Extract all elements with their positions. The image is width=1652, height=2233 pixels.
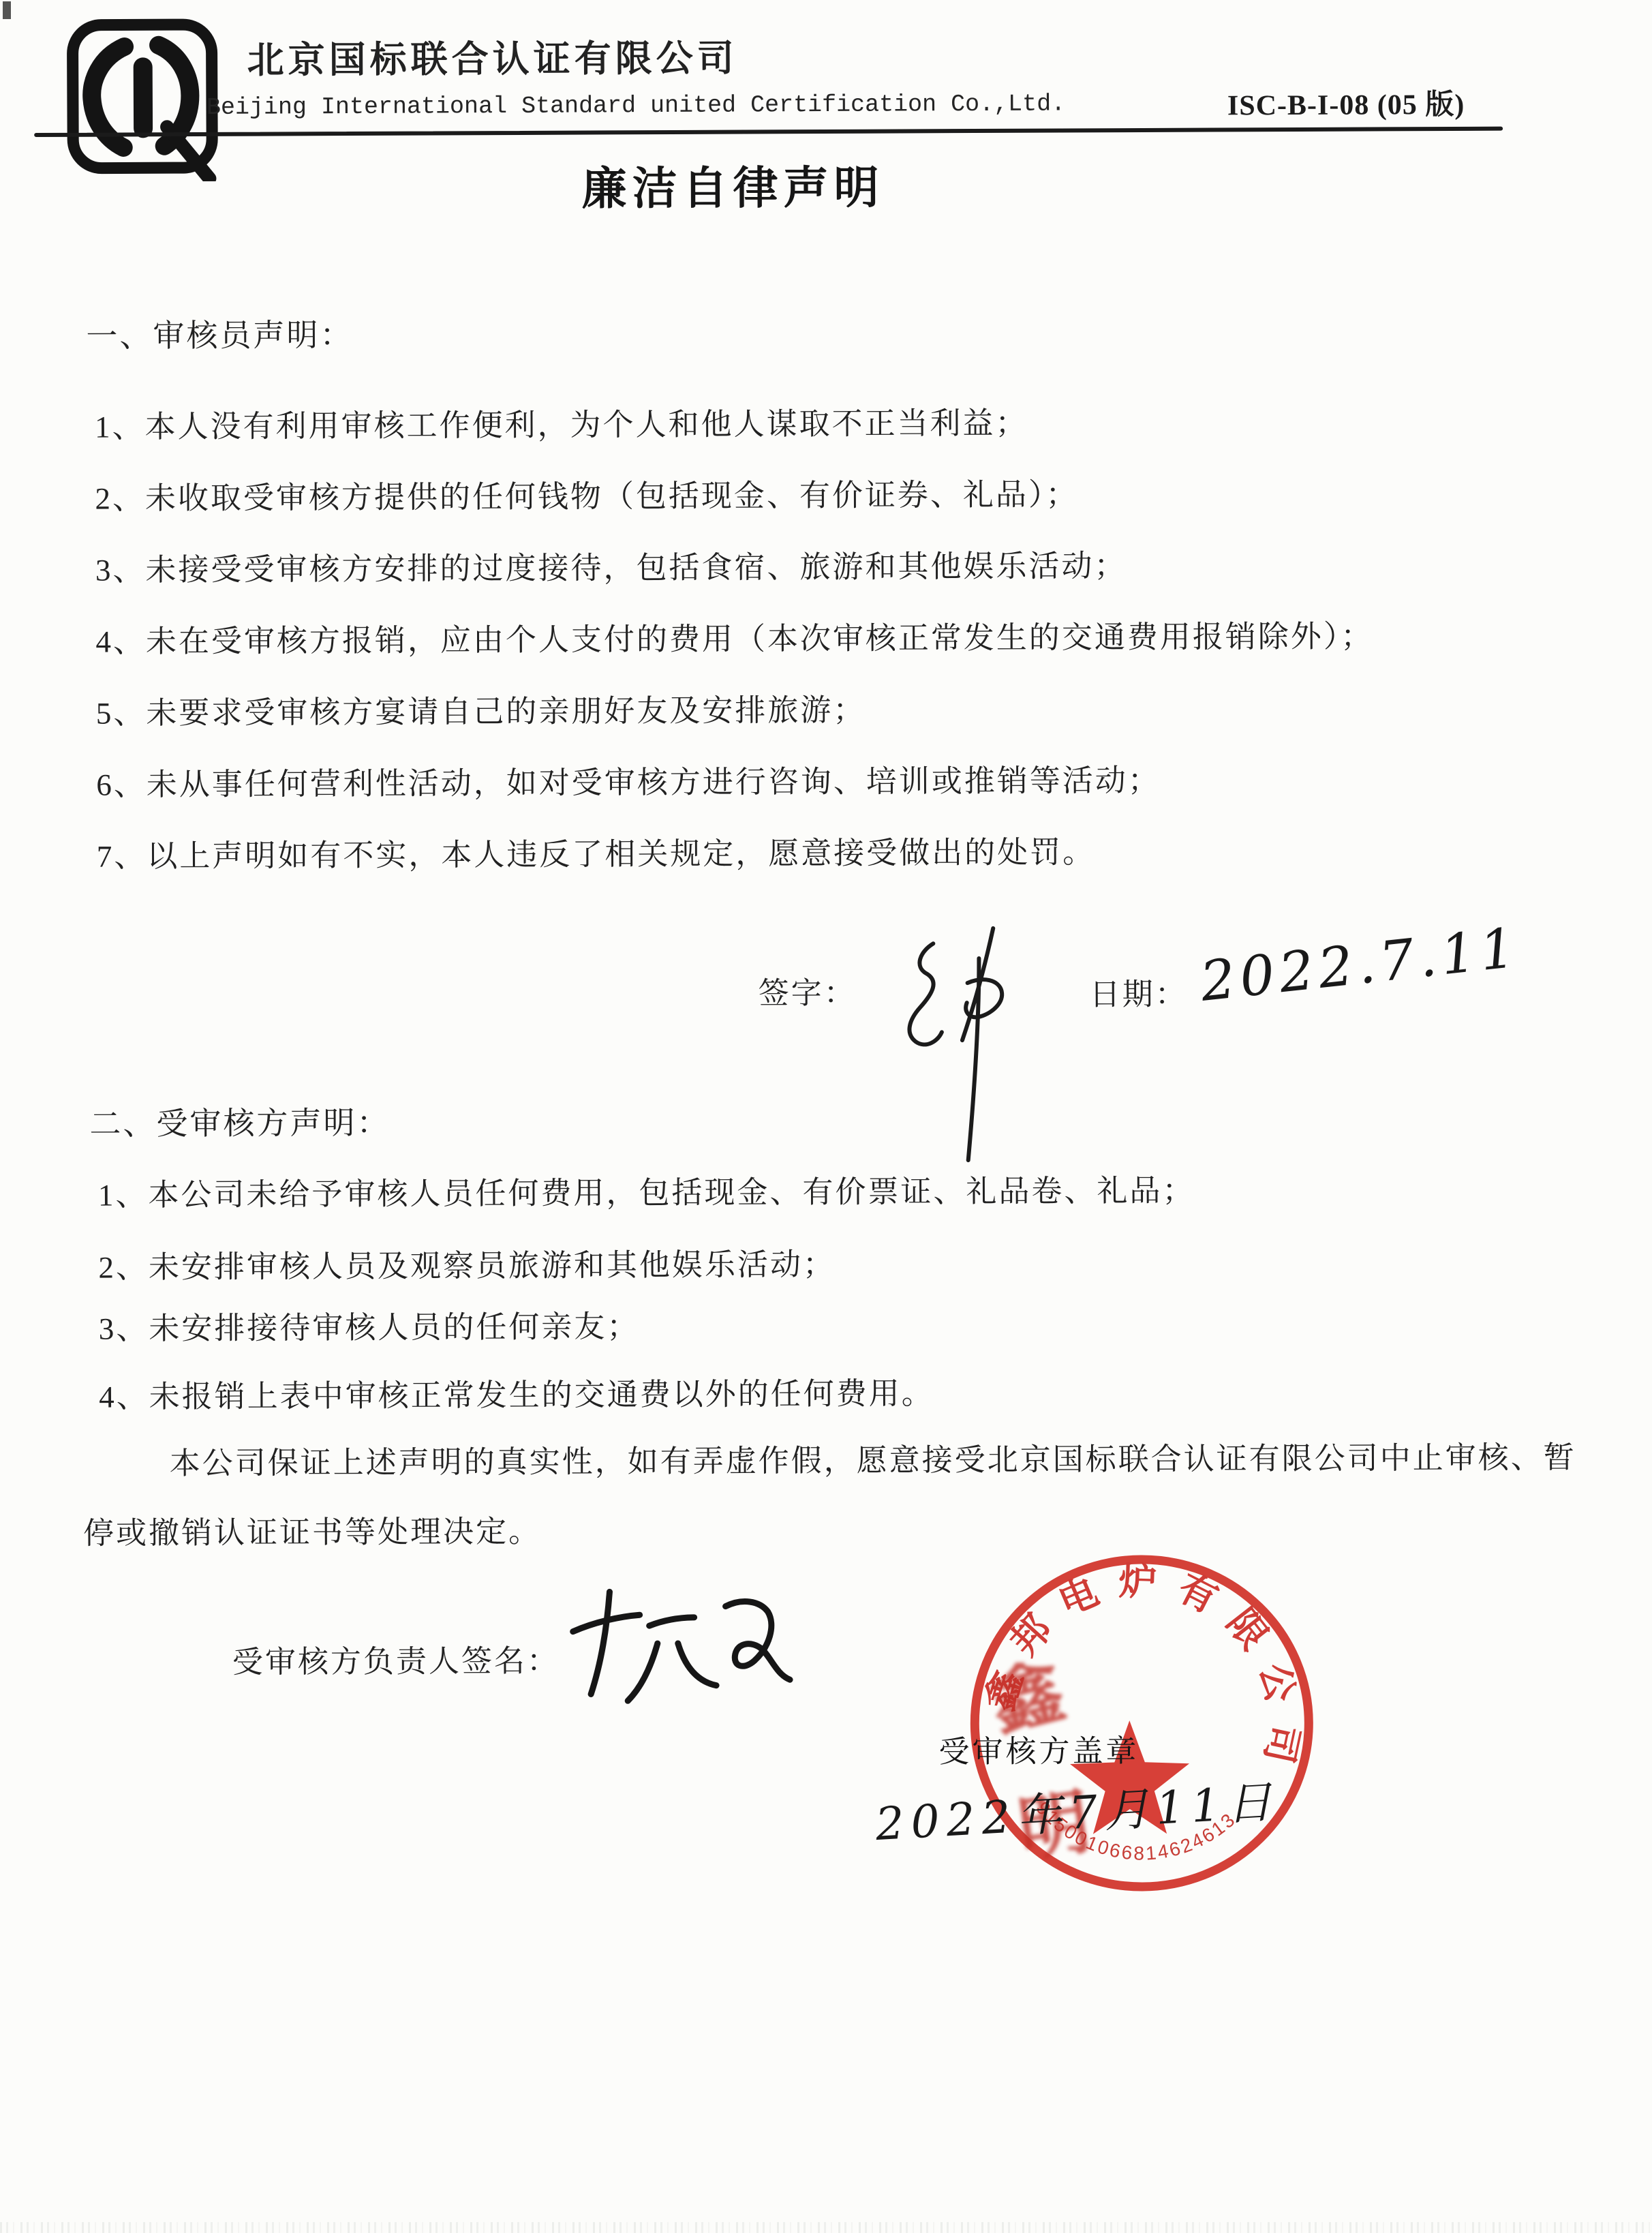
auditee-item-4: 4、未报销上表中审核正常发生的交通费以外的任何费用。 [99,1368,934,1416]
company-name-cn: 北京国标联合认证有限公司 [247,29,737,84]
auditor-item-2: 2、未收取受审核方提供的任何钱物（包括现金、有价证券、礼品）； [95,469,1078,517]
auditor-signature [876,916,1027,1169]
auditor-item-7: 7、以上声明如有不实，本人违反了相关规定，愿意接受做出的处罚。 [97,827,1096,875]
auditor-section-heading: 一、审核员声明： [86,310,353,356]
isc-logo [64,18,227,182]
auditee-section-heading: 二、受审核方声明： [89,1098,390,1144]
company-name-en: Beijing International Standard united Ce… [206,90,1065,121]
auditor-item-6: 6、未从事任何营利性活动，如对受审核方进行咨询、培训或推销等活动； [96,755,1161,804]
closing-paragraph-line-2: 停或撤销认证证书等处理决定。 [83,1506,541,1553]
auditee-item-1: 1、本公司未给予审核人员任何费用，包括现金、有价票证、礼品卷、礼品； [98,1166,1195,1215]
auditor-item-1: 1、本人没有利用审核工作便利，为个人和他人谋取不正当利益； [95,398,1028,446]
form-code: ISC-B-I-08 (05 版) [1227,82,1465,124]
header-divider [34,127,1503,137]
date-label: 日期： [1089,969,1187,1014]
document-content: 北京国标联合认证有限公司 Beijing International Stand… [0,0,1652,2233]
auditee-signature [562,1576,801,1724]
auditor-item-4: 4、未在受审核方报销，应由个人支付的费用（本次审核正常发生的交通费用报销除外）； [95,611,1373,660]
scan-bottom-noise [0,2222,1652,2233]
auditee-item-2: 2、未安排审核人员及观察员旅游和其他娱乐活动； [98,1239,836,1287]
sign-label: 签字： [758,968,856,1013]
document-title: 廉洁自律声明 [581,151,884,217]
auditee-stamp-label: 受审核方盖章 [938,1726,1139,1771]
scan-corner-artifact [3,1,11,19]
auditor-item-3: 3、未接受受审核方安排的过度接待，包括食宿、旅游和其他娱乐活动； [95,541,1127,590]
closing-paragraph-line-1: 本公司保证上述声明的真实性，如有弄虚作假，愿意接受北京国标联合认证有限公司中止审… [169,1432,1576,1483]
auditor-handwritten-date: 2022.7.11 [1197,915,1523,1014]
auditee-signer-label: 受审核方负责人签名： [232,1636,560,1682]
auditee-item-3: 3、未安排接待审核人员的任何亲友； [99,1301,640,1348]
scanned-document-page: 北京国标联合认证有限公司 Beijing International Stand… [0,0,1652,2233]
auditor-item-5: 5、未要求受审核方宴请自己的亲朋好友及安排旅游； [96,685,866,733]
